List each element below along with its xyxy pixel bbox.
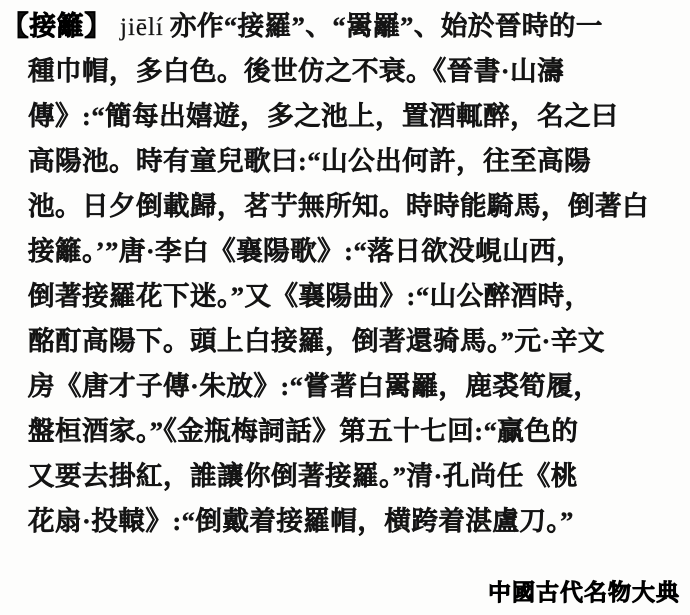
entry-text-line: 酩酊高陽下。頭上白接羅，倒著還骑馬。”元·辛文	[0, 319, 690, 364]
entry-text-line: 盤桓酒家。”《金瓶梅詞話》第五十七回:“贏色的	[0, 409, 690, 454]
entry-text-line: 又要去掛紅，誰讓你倒著接羅。”清·孔尚任《桃	[0, 454, 690, 499]
entry-first-line-text: 亦作“接羅”、“䍠䍦”、始於晉時的一	[170, 11, 603, 41]
entry-text-line: 接籬。’”唐·李白《襄陽歌》:“落日欲没峴山西，	[0, 229, 690, 274]
entry-text-line: 池。日夕倒載歸，茗艼無所知。時時能騎馬，倒著白	[0, 184, 690, 229]
entry-text-line: 房《唐才子傳·朱放》:“嘗著白䍠䍦，鹿裘筍履，	[0, 364, 690, 409]
entry-text-line: 倒著接羅花下迷。”又《襄陽曲》:“山公醉酒時，	[0, 274, 690, 319]
source-title: 中國古代名物大典	[488, 574, 680, 607]
entry-text-line: 花扇·投轅》:“倒戴着接羅帽，横跨着湛盧刀。”	[0, 499, 690, 544]
entry-text-line: 高陽池。時有童兒歌曰:“山公出何許，往至高陽	[0, 139, 690, 184]
entry-text-line: 傳》:“簡每出嬉遊，多之池上，置酒輒醉，名之曰	[0, 94, 690, 139]
entry-first-line: 【接籬】jiēlí亦作“接羅”、“䍠䍦”、始於晉時的一	[0, 4, 690, 49]
entry-headword: 【接籬】	[2, 11, 112, 41]
entry-pinyin: jiēlí	[112, 14, 170, 41]
dictionary-page: 【接籬】jiēlí亦作“接羅”、“䍠䍦”、始於晉時的一 種巾帽，多白色。後世仿之…	[0, 0, 690, 615]
entry-text-line: 種巾帽，多白色。後世仿之不衰。《晉書·山濤	[0, 49, 690, 94]
